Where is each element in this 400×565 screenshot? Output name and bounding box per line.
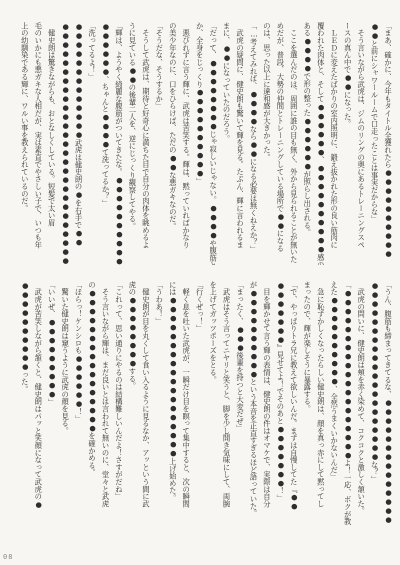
text-column: 「●●●●●●●●●●●●●●●●●●●よ！一応、ボクが教 [341, 281, 354, 545]
text-column: 毛のいかにも悪ガキな人相だが、実は素直でやさしい子で、いつも年 [32, 22, 45, 265]
text-column: ●●●●●●、ちゃんと●●●●て洗ってるか？」 [99, 22, 112, 265]
text-column: 急に恥ずかしくなったらしい健史朗は、顔を真っ赤にして黙ってし [314, 281, 327, 545]
text-column: ●●●●●●●』見せてよ！でそのあと●●●●●●●！」 [274, 281, 287, 545]
text-column: ●●●●●●●●●●●●●武虎は健史朗の●を右手で●● [72, 22, 85, 265]
text-column: 目を輝かせて言う輝の表情は、健史朗の件はオマケで、実際は自分 [260, 281, 273, 545]
text-column: 驚いた健史朗は窺うように武虎の顔を見る。 [59, 281, 72, 545]
text-column: ＬＥＤに変えたばかりの室内照明に、鍛え抜かれた形の良い筋肉に [328, 22, 341, 265]
text-column: 「これって、思い通りにやるのは結構難しいんだよ！さすがだね」 [112, 281, 125, 545]
text-column: には●●●●●●●●●●●●●●●●●●上げ始めた。 [166, 281, 179, 545]
text-column: を上げてガッツポーズをとる。 [207, 281, 220, 545]
text-column: 「輝は、ようやく綺麗な腹筋がついてきたな。●●●●●●●●●● [112, 22, 125, 265]
text-column: か、全身をじっくり●●●●●●●●●●」 [193, 22, 206, 265]
text-column: めだが、普段、大勢の仲間とトレーニングしている場所で●●になる [274, 22, 287, 265]
text-column: 上の幼馴染である輝に、ワルい事を教えられているのだ。 [18, 22, 31, 265]
text-column: 悪びれずに言う輝に、武虎は苦笑する。輝は、黙っていればかなり [180, 22, 193, 265]
text-column: そう言いながら武虎は、ジムのリングの奥にあるトレーニングスペ [355, 22, 368, 265]
text-column: 武虎が苦笑しながら頷くと、健史朗はパッと笑顔になって武虎の● [32, 281, 45, 545]
text-column: 「だって、●●●●●●●●じゃ寂しいじゃない。●●●●や腹筋と [207, 22, 220, 265]
text-column: 「…考えてみれば、●●●●なら●●になる必要は無くねえか？」 [247, 22, 260, 265]
text-column: 武虎の疑問に、健史朗も驚いて輝を見る。たぶん、輝に言われるま [234, 22, 247, 265]
text-column: うに見ている●●の後輩二人を、逆にじっくり観察してやる。 [126, 22, 139, 265]
text-column: 「まあ、確かに、今年もタイトル全獲れたら●●●●●●●●●● [382, 22, 395, 265]
text-column: 武虎はそう言ってニヤリと笑うと、脚を少し開き気味にして、両腕 [220, 281, 233, 545]
text-column: そうして武虎は、期待と好奇心に満ちた目で自分の肉体を眺めるよ [139, 22, 152, 265]
text-column: まに、●●になっていたのだろう。 [220, 22, 233, 265]
text-column: 「洗ってるよ！」 [86, 22, 99, 265]
text-column: 「いいぜ、●●●●●●●●●」 [45, 281, 58, 545]
text-column: 「そうだな、そうするか」 [153, 22, 166, 265]
text-column: 「うん、腹筋も締まってきてるな、●●●●●●●●●●●●●● [382, 281, 395, 545]
text-column: 「ほらっ！ケンシロも●●●●●●！」 [72, 281, 85, 545]
text-column: ●●と前にシャワールームで口走ったことは事実だからな」 [368, 22, 381, 265]
text-column: 軽く息を吐いた武虎が、一瞬だけ目を瞑って集中すると、次の瞬間 [180, 281, 193, 545]
novel-page: 「まあ、確かに、今年もタイトル全獲れたら●●●●●●●●●●●●と前にシャワール… [0, 0, 400, 565]
text-column: 「で、やっぱりトラ兄に教えて欲しいんだ。まずは自慢してた『●● [287, 281, 300, 545]
text-column: 「行くぜっ！」 [193, 281, 206, 545]
text-column: の美少年なのに、口をひらけば、ただの●●な悪ガキなのだ。 [166, 22, 179, 265]
text-column: ースの真ん中で●●になった。 [341, 22, 354, 265]
text-column: ●●●●●●●●●●った。 [18, 281, 31, 545]
text-column: ●●●●●●●●●●●●●●●●●●●●●●●●●●●● [59, 22, 72, 265]
text-column: の●●●●●●●●●●●●●●●●を確かめる。 [86, 281, 99, 545]
text-column: 健史朗が目を丸くして食い入るように見るなか、アッという間に武 [139, 281, 152, 545]
page-number: 08 [3, 553, 13, 561]
text-column: まったので、輝が楽しそうに暴露する。 [301, 281, 314, 545]
text-column: 「まったく、●●●後輩を持つと大変だぜ」 [234, 281, 247, 545]
text-column: えた●●●●●●●●●●、全然うまくいかないんだ」 [328, 281, 341, 545]
text-column: そう言いながら輝は、まだ良いとは言われて無いのに、堂々と武虎 [99, 281, 112, 545]
text-column: ある●●●●で形の整った●●●●●●が照らし出される。 [301, 22, 314, 265]
text-column: のは、思った以上に違和感が大きかった。 [260, 22, 273, 265]
text-column: 武虎の問いに、健史朗は頬を赤く染めて、コクコクと激しく頷いた。 [355, 281, 368, 545]
text-column: が●●●●●●●●●●という本音を正直すぎるほど語っていた。 [247, 281, 260, 545]
text-band-bottom: 「うん、腹筋も締まってきてるな、●●●●●●●●●●●●●●●●●●●●●●●●… [17, 281, 395, 545]
text-column: 「うわあ！」 [153, 281, 166, 545]
text-column: 覆われた肉体と、そして●●●●●●、●●●●●●●●●●感の [314, 22, 327, 265]
text-column: 健史朗は驚きながらも、おとなしくしている。短髪で太い眉 [45, 22, 58, 265]
text-column: ここを選んだのは、周囲に誰の目も無く、外から見られることが無いた [287, 22, 300, 265]
text-column: ●●●●●●●●●●●●●●●●●●●●な？」 [368, 281, 381, 545]
text-column: 虎の●●●●●●●●する。 [126, 281, 139, 545]
text-band-top: 「まあ、確かに、今年もタイトル全獲れたら●●●●●●●●●●●●と前にシャワール… [17, 22, 395, 265]
